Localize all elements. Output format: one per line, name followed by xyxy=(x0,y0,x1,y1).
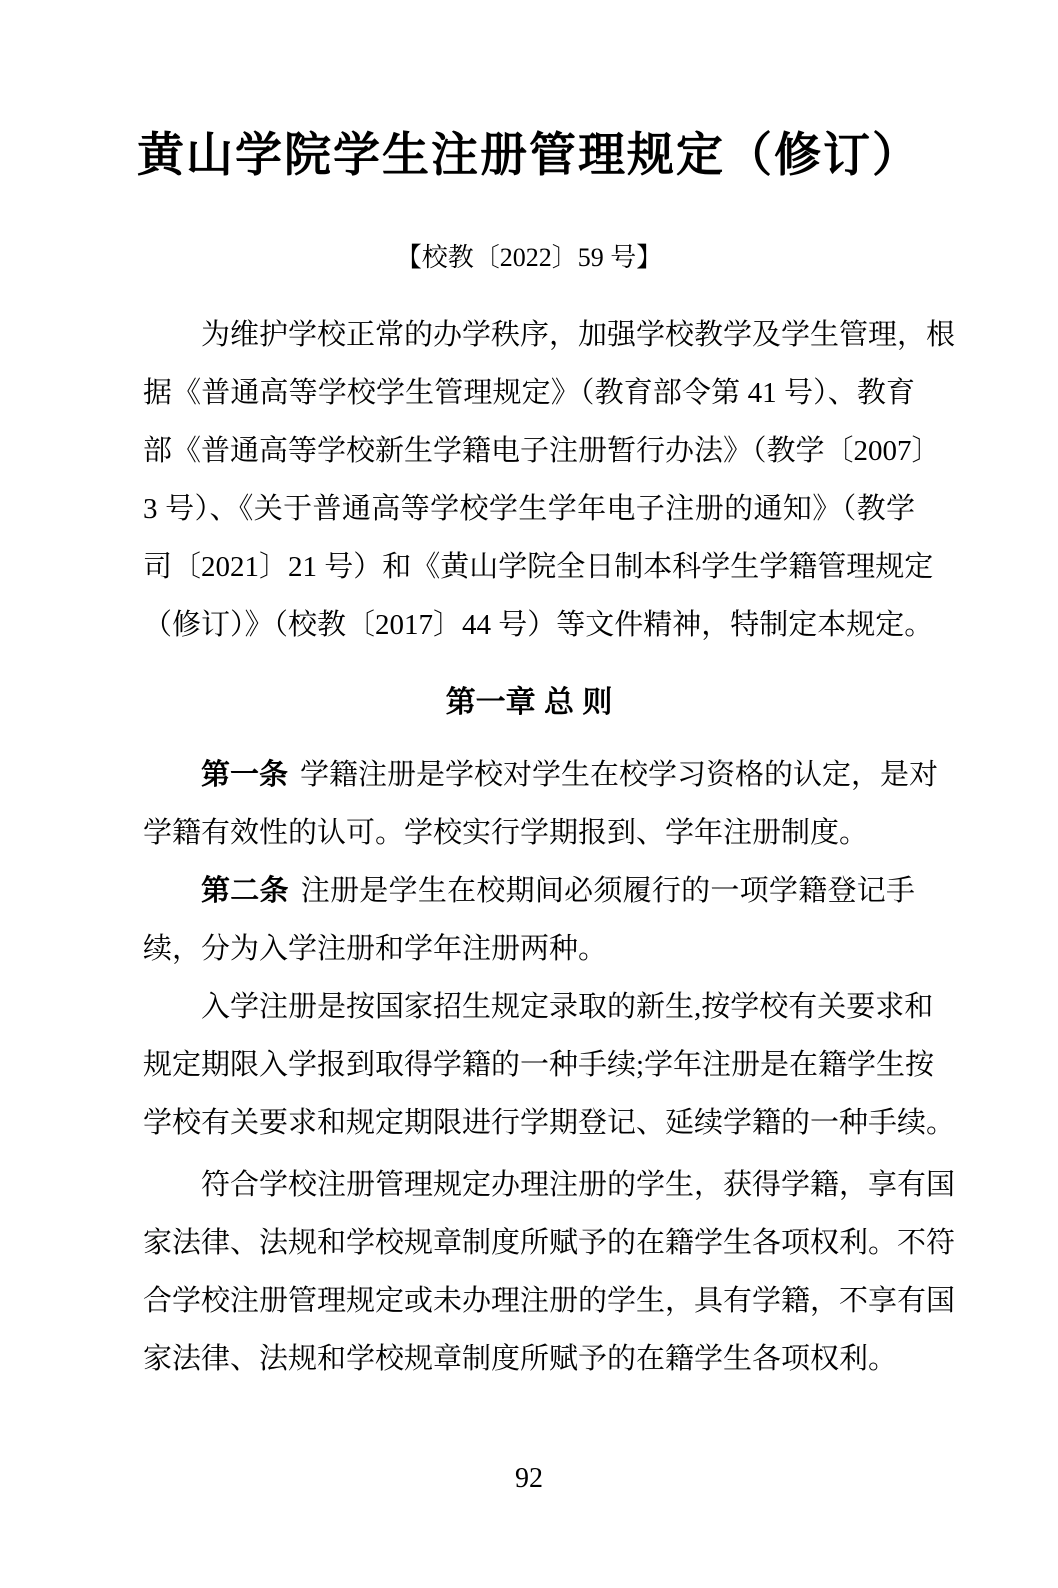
text-line: 第二条注册是学生在校期间必须履行的一项学籍登记手 xyxy=(143,862,915,920)
text-line: 规定期限入学报到取得学籍的一种手续;学年注册是在籍学生按 xyxy=(143,1036,915,1094)
article-2: 第二条注册是学生在校期间必须履行的一项学籍登记手 续，分为入学注册和学年注册两种… xyxy=(143,862,915,978)
text-line: 学校有关要求和规定期限进行学期登记、延续学籍的一种手续。 xyxy=(143,1094,915,1152)
article-text: 注册是学生在校期间必须履行的一项学籍登记手 xyxy=(301,875,915,907)
text-line: 家法律、法规和学校规章制度所赋予的在籍学生各项权利。不符 xyxy=(143,1214,915,1272)
text-line: 合学校注册管理规定或未办理注册的学生，具有学籍，不享有国 xyxy=(143,1272,915,1330)
text-line: 续，分为入学注册和学年注册两种。 xyxy=(143,920,915,978)
text-line: 入学注册是按国家招生规定录取的新生,按学校有关要求和 xyxy=(143,978,915,1036)
text-line: 据《普通高等学校学生管理规定》（教育部令第 41 号）、教育 xyxy=(143,364,915,422)
text-line: （修订）》（校教〔2017〕44 号）等文件精神，特制定本规定。 xyxy=(143,596,915,654)
chapter-heading: 第一章 总 则 xyxy=(143,674,915,732)
text-line: 家法律、法规和学校规章制度所赋予的在籍学生各项权利。 xyxy=(143,1330,915,1388)
text-line: 为维护学校正常的办学秩序，加强学校教学及学生管理，根 xyxy=(143,306,915,364)
text-line: 符合学校注册管理规定办理注册的学生，获得学籍，享有国 xyxy=(143,1156,915,1214)
text-line: 第一条学籍注册是学校对学生在校学习资格的认定，是对 xyxy=(143,746,915,804)
text-line: 部《普通高等学校新生学籍电子注册暂行办法》（教学〔2007〕 xyxy=(143,422,915,480)
article-1: 第一条学籍注册是学校对学生在校学习资格的认定，是对 学籍有效性的认可。学校实行学… xyxy=(143,746,915,862)
text-line: 学籍有效性的认可。学校实行学期报到、学年注册制度。 xyxy=(143,804,915,862)
intro-paragraph: 为维护学校正常的办学秩序，加强学校教学及学生管理，根 据《普通高等学校学生管理规… xyxy=(143,306,915,654)
page-title: 黄山学院学生注册管理规定（修订） xyxy=(0,128,1058,184)
article-lead: 第一条 xyxy=(201,759,288,791)
paragraph-rights: 符合学校注册管理规定办理注册的学生，获得学籍，享有国 家法律、法规和学校规章制度… xyxy=(143,1156,915,1388)
article-lead: 第二条 xyxy=(201,875,289,907)
text-line: 司〔2021〕21 号）和《黄山学院全日制本科学生学籍管理规定 xyxy=(143,538,915,596)
document-page: 黄山学院学生注册管理规定（修订） 【校教〔2022〕59 号】 为维护学校正常的… xyxy=(0,0,1058,1588)
doc-number: 【校教〔2022〕59 号】 xyxy=(0,240,1058,276)
page-number: 92 xyxy=(0,1462,1058,1496)
article-text: 学籍注册是学校对学生在校学习资格的认定，是对 xyxy=(300,759,938,791)
text-line: 3 号）、《关于普通高等学校学生学年电子注册的通知》（教学 xyxy=(143,480,915,538)
paragraph-registration-types: 入学注册是按国家招生规定录取的新生,按学校有关要求和 规定期限入学报到取得学籍的… xyxy=(143,978,915,1152)
document-body: 为维护学校正常的办学秩序，加强学校教学及学生管理，根 据《普通高等学校学生管理规… xyxy=(0,306,1058,1388)
